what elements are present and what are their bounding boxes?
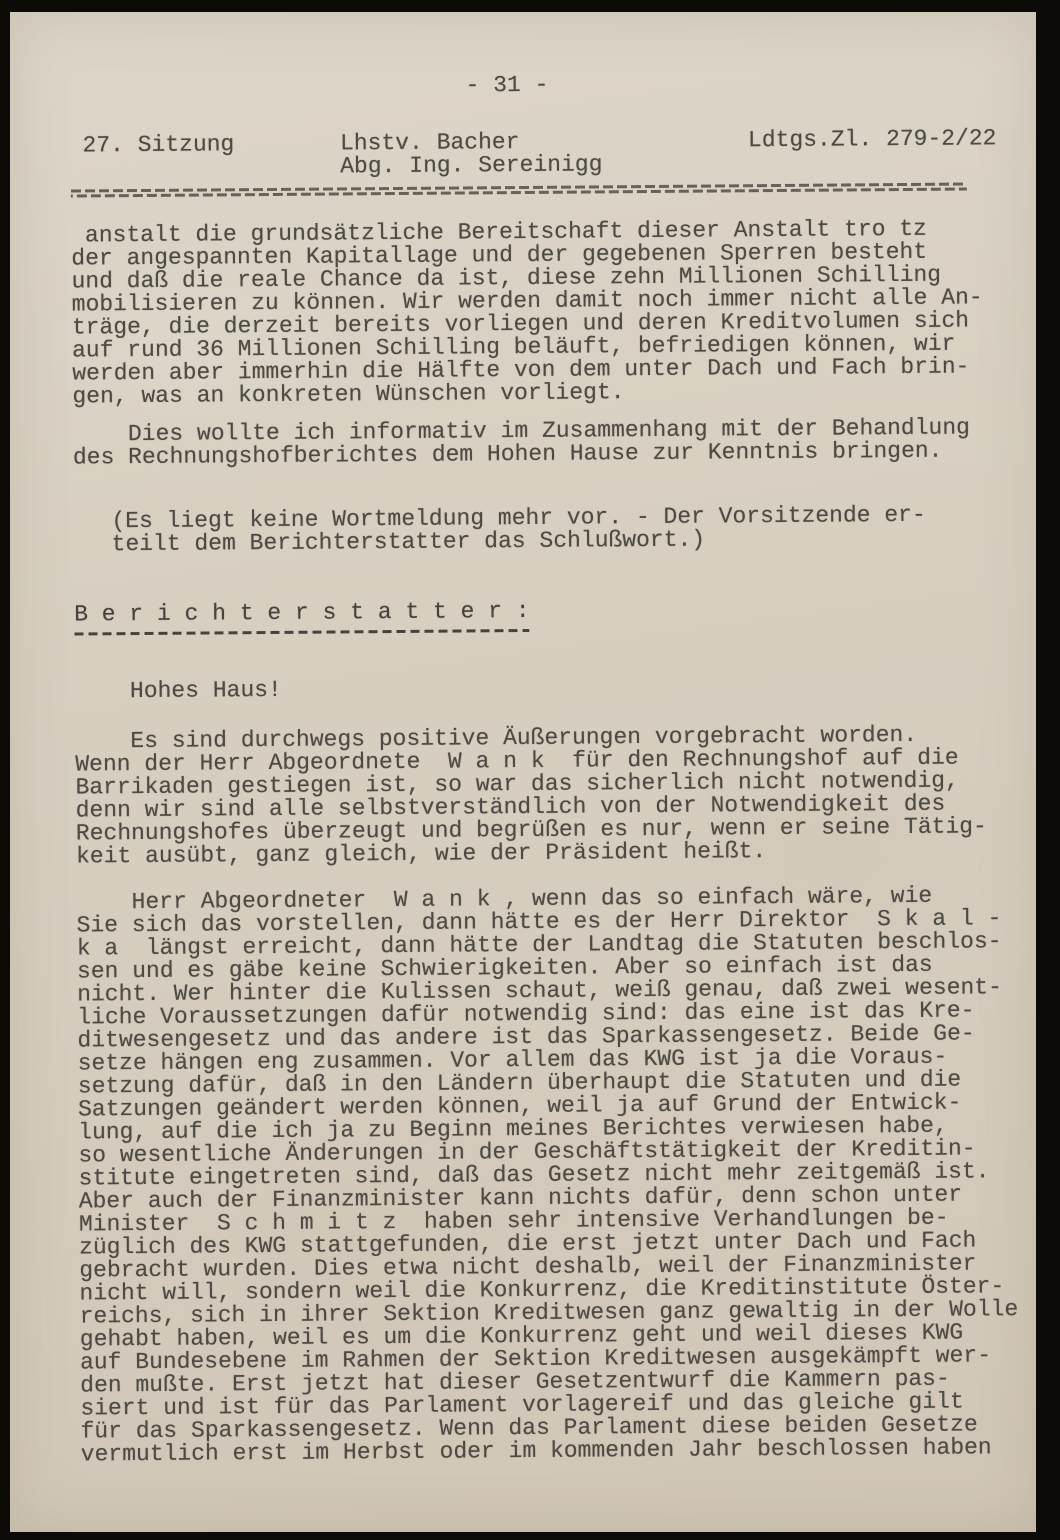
speech-heading: B e r i c h t e r s t a t t e r :: [74, 596, 1018, 635]
speech-heading-label: B e r i c h t e r s t a t t e r :: [74, 600, 530, 636]
paragraph: anstalt die grundsätzliche Bereitschaft …: [71, 217, 1016, 408]
speaker-names: Lhstv. Bacher Abg. Ing. Sereinigg: [340, 130, 603, 178]
page-number: - 31 -: [70, 71, 944, 101]
header-separator-line: [71, 183, 967, 198]
salutation: Hohes Haus!: [75, 673, 1019, 703]
session-label: 27. Sitzung: [82, 133, 234, 157]
header: 27. Sitzung Lhstv. Bacher Abg. Ing. Sere…: [70, 127, 1014, 180]
paragraph: Es sind durchwegs positive Äußerungen vo…: [75, 723, 1020, 868]
paragraph: Herr Abgeordneter W a n k , wenn das so …: [76, 884, 1024, 1466]
document-page: - 31 - 27. Sitzung Lhstv. Bacher Abg. In…: [10, 12, 1036, 1532]
reference-number: Ldtgs.Zl. 279-2/22: [748, 127, 1015, 152]
stage-direction-paragraph: (Es liegt keine Wortmeldung mehr vor. - …: [73, 503, 1017, 556]
speaker-line-2: Abg. Ing. Sereinigg: [340, 153, 602, 178]
paragraph: Dies wollte ich informativ im Zusammenha…: [73, 416, 1017, 469]
page-content: - 31 - 27. Sitzung Lhstv. Bacher Abg. In…: [5, 8, 1042, 1467]
scan-border: - 31 - 27. Sitzung Lhstv. Bacher Abg. In…: [0, 0, 1060, 1540]
